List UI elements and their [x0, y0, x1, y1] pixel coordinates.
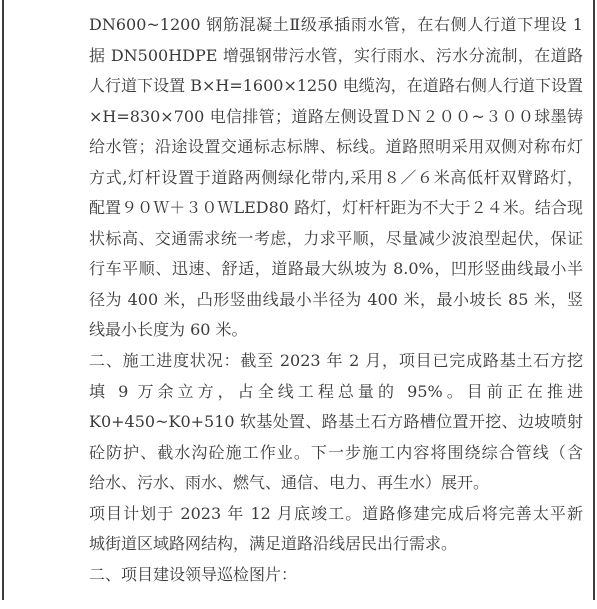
page-right-edge-line	[593, 0, 595, 600]
text-line: 二、项目建设领导巡检图片：	[89, 560, 583, 591]
document-body: DN600~1200 钢筋混凝土Ⅱ级承插雨水管，在右侧人行道下埋设 1 根据 D…	[89, 10, 583, 590]
text-line: 城街道区域路网结构，满足道路沿线居民出行需求。	[89, 529, 583, 560]
document-page: DN600~1200 钢筋混凝土Ⅱ级承插雨水管，在右侧人行道下埋设 1 根据 D…	[0, 0, 597, 609]
text-line: 填 9 万余立方，占全线工程总量的 95%。目前正在推进	[89, 377, 583, 408]
text-line: DN600~1200 钢筋混凝土Ⅱ级承插雨水管，在右侧人行道下埋设 1 根	[89, 10, 583, 41]
text-line: 给水、污水、雨水、燃气、通信、电力、再生水）展开。	[89, 468, 583, 499]
page-left-edge-line	[2, 0, 4, 600]
text-line: 行车平顺、迅速、舒适，道路最大纵坡为 8.0%，凹形竖曲线最小半	[89, 254, 583, 285]
text-line: ×H=830×700 电信排管；道路左侧设置ＤＮ２００~３００球墨铸铁	[89, 102, 583, 133]
text-line: 给水管；沿途设置交通标志标牌、标线。道路照明采用双侧对称布灯	[89, 132, 583, 163]
text-line: 项目计划于 2023 年 12 月底竣工。道路修建完成后将完善太平新	[89, 499, 583, 530]
text-line: 方式,灯杆设置于道路两侧绿化带内,采用８／６米高低杆双臂路灯，	[89, 163, 583, 194]
text-line: 配置９０Ｗ＋３０ＷLED80 路灯，灯杆杆距为不大于２４米。结合现	[89, 193, 583, 224]
text-line: 线最小长度为 60 米。	[89, 315, 583, 346]
text-line: 二、施工进度状况：截至 2023 年 2 月，项目已完成路基土石方挖	[89, 346, 583, 377]
text-line: 径为 400 米，凸形竖曲线最小半径为 400 米，最小坡长 85 米，竖曲	[89, 285, 583, 316]
text-line: 人行道下设置 B×H=1600×1250 电缆沟，在道路右侧人行道下设置 B	[89, 71, 583, 102]
text-line: 据 DN500HDPE 增强钢带污水管，实行雨水、污水分流制，在道路左侧	[89, 41, 583, 72]
text-line: K0+450~K0+510 软基处置、路基土石方路槽位置开挖、边坡喷射	[89, 407, 583, 438]
text-line: 状标高、交通需求统一考虑，力求平顺，尽量减少波浪型起伏，保证	[89, 224, 583, 255]
text-line: 砼防护、截水沟砼施工作业。下一步施工内容将围绕综合管线（含	[89, 438, 583, 469]
